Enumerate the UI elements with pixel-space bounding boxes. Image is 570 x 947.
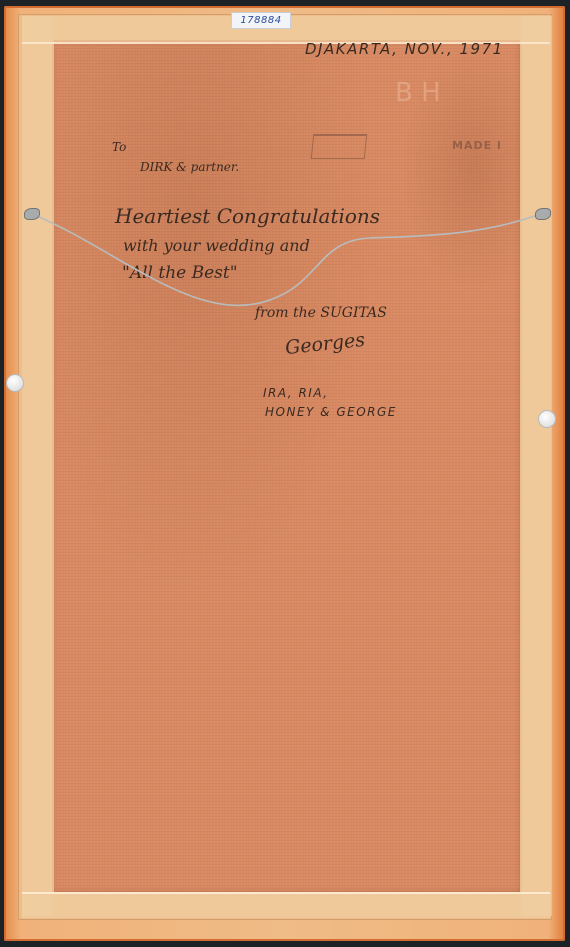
hanging-wire <box>0 0 570 947</box>
wire-hook-right <box>535 208 551 220</box>
wall-bumper-left <box>6 374 24 392</box>
wire-hook-left <box>24 208 40 220</box>
wall-bumper-right <box>538 410 556 428</box>
